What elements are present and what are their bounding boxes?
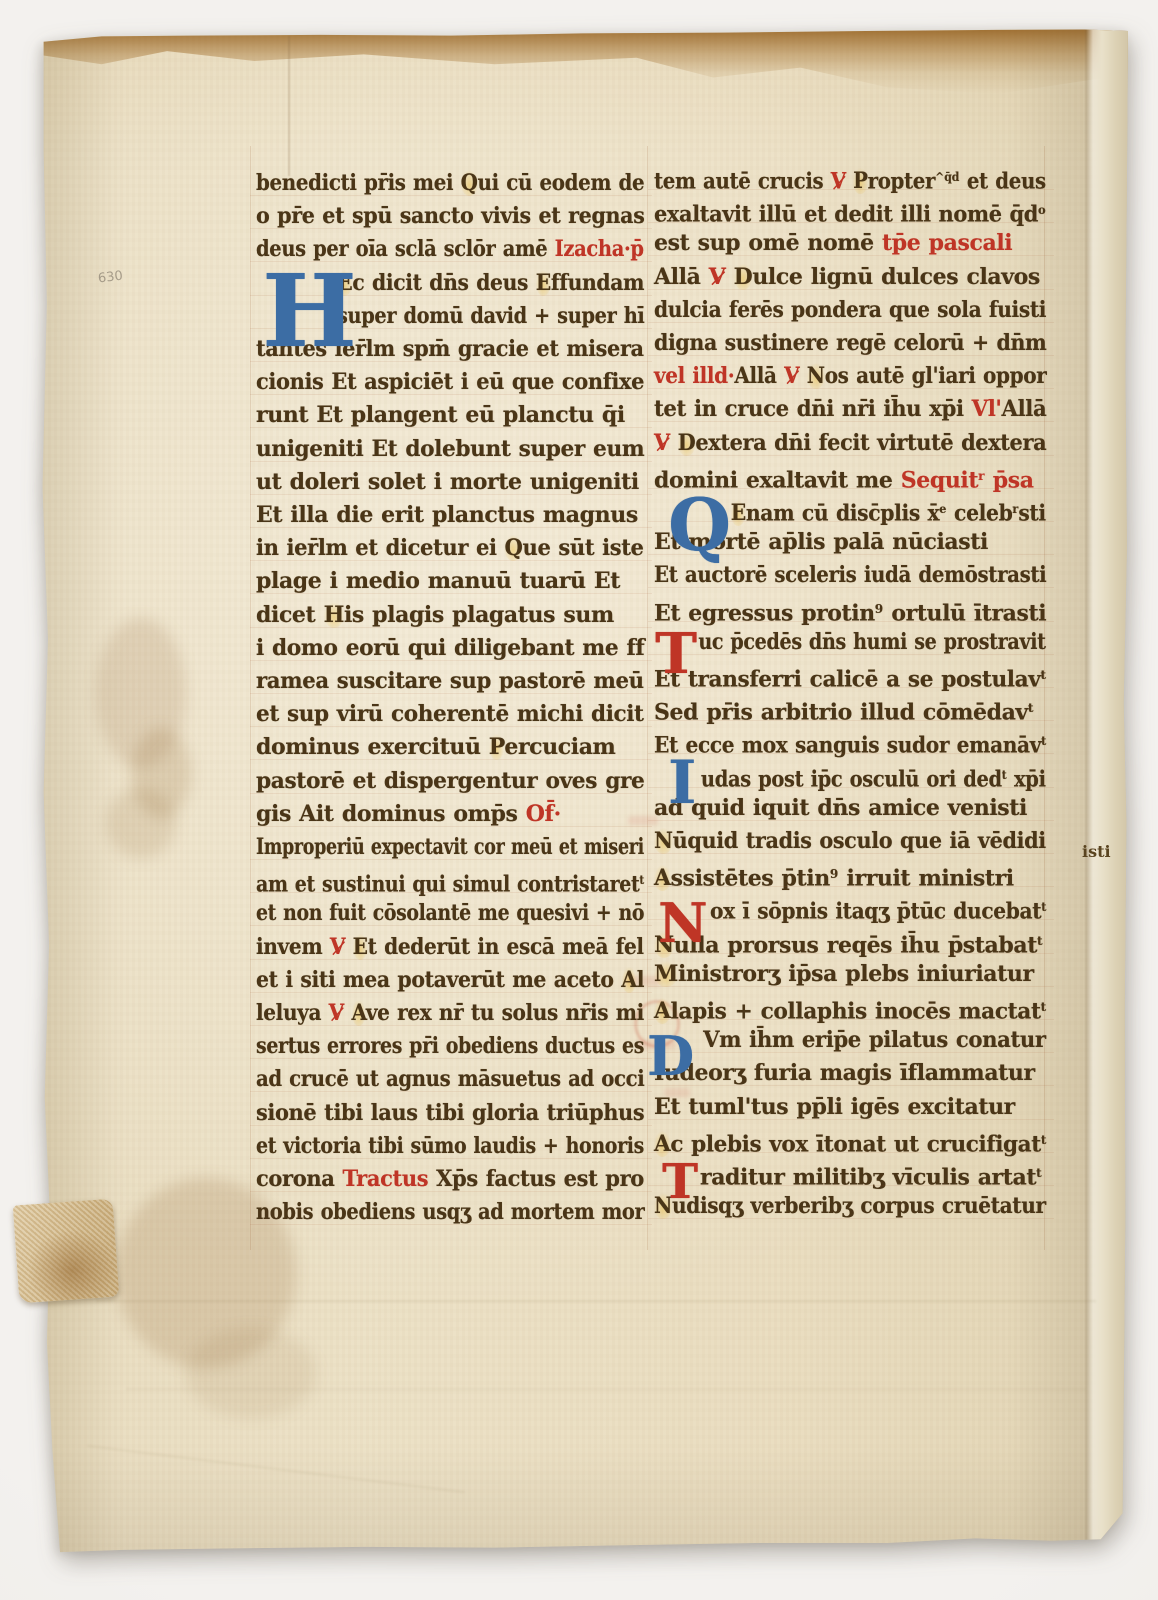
ruling-line (250, 726, 652, 727)
text-line: ad quid iquit dn̄s amice venisti (654, 793, 1027, 823)
body-text: i domo eorū qui diligebant me ff (256, 635, 644, 661)
fore-edge-fold (1084, 28, 1128, 1556)
body-text: os autē gl'iari oppor (825, 363, 1047, 389)
body-text: et deus (959, 168, 1045, 194)
text-line: ad crucē ut agnus māsuetus ad occi (256, 1064, 644, 1094)
text-line: sionē tibi laus tibi gloria triūphus (256, 1098, 644, 1128)
ruling-line (250, 593, 652, 594)
stain (106, 788, 176, 858)
ruling-line (250, 859, 652, 860)
text-line: Sed pr̄is arbitrio illud cōmēdavt (654, 693, 1033, 727)
ruling-line (250, 1091, 652, 1092)
text-line: udas post ip̄c osculū ori dedt xp̄i (654, 760, 1046, 794)
ruling-line (250, 892, 652, 893)
body-text: runt Et plangent eū planctu q̄i (256, 402, 625, 428)
text-line: dominus exercituū Percuciam (256, 732, 615, 762)
body-text: ui cū eodem de (478, 170, 645, 196)
illuminated-initial-D: D (647, 1035, 694, 1077)
rubric-text: V̷ (330, 934, 353, 960)
body-text: dulcia ferēs pondera que sola fuisti (654, 297, 1046, 323)
text-line: runt Et plangent eū planctu q̄i (256, 400, 625, 430)
body-text: c plebis vox ītonat ut crucifigat (670, 1131, 1040, 1157)
body-text: am et sustinui qui simul contristaret (256, 871, 639, 897)
body-text: benedicti pr̄is mei (256, 170, 461, 196)
body-text: c dicit dn̄s deus (352, 270, 535, 296)
text-line: Et ecce mox sanguis sudor emanāvt (654, 726, 1046, 760)
text-line: Nulla prorsus reqēs ih̄u p̄stabatt (654, 926, 1043, 960)
text-line: vel illd·Allā V̷ Nos autē gl'iari oppor (654, 361, 1046, 391)
text-line: dulcia ferēs pondera que sola fuisti (654, 295, 1046, 325)
pencil-mark: 630 (97, 269, 123, 287)
text-line: invem V̷ Et dederūt in escā meā fel (256, 932, 644, 962)
body-text: D (734, 264, 753, 290)
ruling-line (250, 1158, 652, 1159)
text-line: leluya V̷ Ave rex nr̄ tu solus nr̄is mi (256, 998, 644, 1028)
body-text: et non fuit cōsolantē me quesivi + nō (256, 900, 644, 926)
illuminated-initial-H: H (262, 272, 356, 350)
ruling-line (648, 255, 1054, 256)
body-text: unigeniti Et dolebunt super eum (256, 436, 644, 462)
body-text: ad quid iquit dn̄s amice venisti (654, 795, 1027, 821)
body-text: ercuciam (504, 734, 615, 760)
body-text: t (1041, 734, 1046, 748)
body-text: o pr̄e et spū sancto vivis et regnas (256, 203, 644, 229)
illuminated-initial-Q: Q (668, 497, 731, 553)
body-text: t (1041, 1133, 1046, 1147)
body-text: Q (505, 535, 523, 561)
ruling-line (648, 1119, 1054, 1120)
text-line: am et sustinui qui simul contristarett (256, 865, 644, 899)
rubric-text: V̷ (709, 264, 734, 290)
body-text: nam cū disc̄plis x̄ (746, 500, 939, 526)
rubric-text: Izacha·p̄ (555, 236, 644, 262)
text-line: benedicti pr̄is mei Qui cū eodem de (256, 168, 644, 198)
ruling-line (250, 793, 652, 794)
body-text: ramea suscitare sup pastorē meū (256, 668, 644, 694)
body-text: Xp̄s factus est pro (428, 1166, 644, 1192)
body-text: lapis + collaphis inocēs mactat (670, 998, 1040, 1024)
rubric-text: Sequit (901, 467, 978, 493)
ruling-line (648, 1152, 1054, 1153)
ruling-line (648, 421, 1054, 422)
ruling-line (648, 621, 1054, 622)
text-line: exaltavit illū et dedit illi nomē q̄do (654, 195, 1046, 229)
body-text: t (639, 873, 644, 887)
text-line: est sup omē nomē tp̄e pascali (654, 228, 1012, 258)
body-text: o (1038, 203, 1046, 217)
body-text: D (678, 430, 696, 456)
ruling-line (250, 826, 652, 827)
ruling-line (648, 720, 1054, 721)
text-line: Nudisqʒ verberibʒ corpus cruētatur (654, 1191, 1046, 1221)
body-text: ffundam (551, 270, 644, 296)
body-text: ssistētes p̄tin (671, 865, 830, 891)
text-line: Nūquid tradis osculo que iā vēdidi (654, 826, 1046, 856)
rubric-text: Tractus (342, 1166, 428, 1192)
ruling-line (648, 919, 1054, 920)
rubric-text: Of̄· (526, 801, 561, 827)
ruling-line (648, 986, 1054, 987)
ruling-line (250, 228, 652, 229)
text-line: Ministrorʒ ip̄sa plebs iniuriatur (654, 959, 1034, 989)
ruling-line (250, 992, 652, 993)
rubric-text: Vl' (972, 396, 1002, 422)
ruling-line (250, 560, 652, 561)
text-line: Allā V̷ Dulce lignū dulces clavos (654, 262, 1040, 292)
body-text: ropter (868, 168, 935, 194)
body-text: invem (256, 934, 330, 960)
ruling-line (250, 1191, 652, 1192)
ruling-line (648, 587, 1054, 588)
body-text: is plagis plagatus sum (344, 602, 614, 628)
body-text: corona (256, 1166, 342, 1192)
text-line: unigeniti Et dolebunt super eum (256, 434, 644, 464)
text-line: digna sustinere regē celorū + dn̄m (654, 328, 1046, 358)
body-text: plage i medio manuū tuarū Et (256, 568, 620, 594)
body-text: ve rex nr̄ tu solus nr̄is mi (366, 1000, 644, 1026)
body-text: ut doleri solet i morte unigeniti (256, 469, 639, 495)
stain (186, 1328, 316, 1418)
ruling-line (250, 195, 652, 196)
body-text: exaltavit illū et dedit illi nomē q̄d (654, 201, 1038, 227)
ruling-line (648, 953, 1054, 954)
ruling-line (648, 388, 1054, 389)
crease (87, 1445, 464, 1493)
body-text: udisqʒ verberibʒ corpus cruētatur (672, 1193, 1046, 1219)
ruling-line (648, 1052, 1054, 1053)
body-text: super domū david + super hī (337, 303, 644, 329)
ruling-line (648, 753, 1054, 754)
text-line: plage i medio manuū tuarū Et (256, 566, 620, 596)
body-text: H (324, 602, 344, 628)
text-line: gis Ait dominus omp̄s Of̄· (256, 799, 561, 829)
rubric-text: tp̄e pascali (882, 230, 1012, 256)
body-text: et victoria tibi sūmo laudis + honoris (256, 1133, 644, 1159)
ruling-line (648, 853, 1054, 854)
text-line: tet in cruce dn̄i nr̄i ih̄u xp̄i Vl'Allā (654, 394, 1046, 424)
body-text: extera dn̄i fecit virtutē dextera (695, 430, 1046, 456)
ruling-line (648, 322, 1054, 323)
body-text: N (807, 363, 825, 389)
ruling-line (648, 687, 1054, 688)
body-text: est sup omē nomē (654, 230, 882, 256)
text-line: uc p̄cedēs dn̄s humi se prostravit (654, 627, 1046, 657)
ruling-line (648, 886, 1054, 887)
ruling-line (250, 959, 652, 960)
text-line: Et illa die erit planctus magnus (256, 500, 638, 530)
text-line: Ac plebis vox ītonat ut crucifigatt (654, 1125, 1046, 1159)
ruling-line (648, 1218, 1054, 1219)
body-text: Et illa die erit planctus magnus (256, 502, 638, 528)
rubric-text: V̷ (784, 363, 807, 389)
body-text: t (1041, 900, 1046, 914)
ruling-line (648, 820, 1054, 821)
text-line: o pr̄e et spū sancto vivis et regnas (256, 201, 644, 231)
text-line: Vm ih̄m erip̄e pilatus conatur (654, 1025, 1046, 1055)
body-text: xp̄i (1007, 766, 1046, 792)
body-text: et i siti mea potaverūt me aceto (256, 967, 621, 993)
rubric-text: V̷ (831, 168, 853, 194)
body-text: et sup virū coherentē michi dicit (256, 701, 644, 727)
text-line: Iudeorʒ furia magis īflammatur (654, 1058, 1035, 1088)
body-text: t (1036, 1166, 1042, 1180)
text-line: et victoria tibi sūmo laudis + honoris (256, 1131, 644, 1161)
body-text: in ier̄lm et dicetur ei (256, 535, 505, 561)
text-line: i domo eorū qui diligebant me ff (256, 633, 644, 663)
ruling-line (250, 759, 652, 760)
body-text: Et tuml'tus pp̄li igēs excitatur (654, 1094, 1015, 1120)
ruling-line (250, 146, 251, 1250)
text-line: sertus errores pr̄i obediens ductus es (256, 1031, 644, 1061)
body-text: Q (461, 170, 478, 196)
crease (288, 36, 290, 176)
ruling-line (250, 427, 652, 428)
body-text: sertus errores pr̄i obediens ductus es (256, 1033, 644, 1059)
body-text: E (536, 270, 551, 296)
ruling-line (250, 925, 652, 926)
body-text: ue sūt iste (523, 535, 644, 561)
text-line: et non fuit cōsolantē me quesivi + nō (256, 898, 644, 928)
body-text: nobis obediens usqʒ ad mortem mor (256, 1199, 644, 1225)
body-text: 9 (875, 602, 883, 616)
body-text: Allā (654, 264, 709, 290)
body-text: A (351, 1000, 365, 1026)
ruling-line (250, 394, 652, 395)
ruling-line (250, 1058, 652, 1059)
body-text: E (731, 500, 746, 526)
text-line: Et transferri calicē a se postulavt (654, 660, 1046, 694)
body-text: P (489, 734, 505, 760)
body-text: irruit ministri (838, 865, 1013, 891)
body-text: gis Ait dominus omp̄s (256, 801, 526, 827)
body-text: raditur militibʒ vīculis artat (700, 1164, 1036, 1190)
body-text: M (654, 961, 678, 987)
body-text: ox ī sōpnis itaqʒ p̄tūc ducebat (710, 899, 1041, 925)
text-line: dicet His plagis plagatus sum (256, 600, 614, 630)
body-text: E (353, 934, 368, 960)
ruling-line (648, 189, 1054, 190)
body-text: t (1028, 701, 1034, 715)
body-text: pastorē et dispergentur oves gre (256, 768, 644, 794)
text-line: Et egressus protin9 ortulū ītrasti (654, 594, 1046, 628)
ruling-line (648, 355, 1054, 356)
ruling-line (648, 1019, 1054, 1020)
ruling-line (648, 289, 1054, 290)
ruling-line (250, 461, 652, 462)
ruling-line (250, 1224, 652, 1225)
body-text: N (654, 828, 673, 854)
body-text: t (1037, 934, 1043, 948)
text-line: Improperiū expectavit cor meū et miseri (256, 832, 644, 862)
body-text: A (654, 865, 671, 891)
illuminated-initial-N: N (658, 902, 707, 944)
body-text: ulla prorsus reqēs ih̄u p̄stabat (674, 932, 1037, 958)
body-text: celeb (946, 500, 1012, 526)
body-text: ūquid tradis osculo que iā vēdidi (673, 828, 1046, 854)
text-line: ox ī sōpnis itaqʒ p̄tūc ducebatt (654, 892, 1046, 926)
illuminated-initial-T: T (662, 1164, 698, 1201)
ruling-line (250, 494, 652, 495)
body-text: Sed pr̄is arbitrio illud cōmēdav (654, 699, 1028, 725)
vellum-index-tab (13, 1199, 120, 1304)
text-line: pastorē et dispergentur oves gre (256, 766, 644, 796)
ruling-line (250, 1125, 652, 1126)
body-text: sionē tibi laus tibi gloria triūphus (256, 1100, 644, 1126)
body-text: Iudeorʒ furia magis īflammatur (654, 1060, 1035, 1086)
rubric-text: p̄sa (985, 467, 1034, 493)
body-text: leluya (256, 1000, 329, 1026)
body-text: ortulū ītrasti (883, 600, 1046, 626)
ruling-line (648, 222, 1054, 223)
body-text: dominus exercituū (256, 734, 489, 760)
ruling-line (648, 787, 1054, 788)
text-line: cionis Et aspiciēt i eū que confixe (256, 367, 644, 397)
body-text: Allā (734, 363, 784, 389)
text-line: in ier̄lm et dicetur ei Que sūt iste (256, 533, 644, 563)
text-line: raditur militibʒ vīculis artatt (654, 1158, 1042, 1192)
text-line: nobis obediens usqʒ ad mortem mor (256, 1197, 644, 1227)
body-text: l (637, 967, 644, 993)
ruling-line (648, 455, 1054, 456)
ruling-line (648, 1085, 1054, 1086)
rubric-text: V̷ (329, 1000, 352, 1026)
rubric-text: vel illd· (654, 363, 734, 389)
ruling-line (648, 1185, 1054, 1186)
body-text: tem autē crucis (654, 168, 831, 194)
body-text: A (621, 967, 636, 993)
body-text: tet in cruce dn̄i nr̄i ih̄u xp̄i (654, 396, 972, 422)
text-line: ramea suscitare sup pastorē meū (256, 666, 644, 696)
rubric-text: V̷ (654, 430, 678, 456)
ruling-line (250, 527, 652, 528)
body-text: Improperiū expectavit cor meū et miseri (256, 834, 644, 860)
illuminated-initial-T: T (655, 633, 697, 677)
body-text: t (1041, 1000, 1047, 1014)
body-text: ad crucē ut agnus māsuetus ad occi (256, 1066, 644, 1092)
text-line: V̷ Dextera dn̄i fecit virtutē dextera (654, 428, 1046, 458)
body-text: Et transferri calicē a se postulav (654, 666, 1040, 692)
body-text: A (654, 998, 670, 1024)
margin-note: isti (1082, 842, 1111, 861)
text-line: Alapis + collaphis inocēs mactatt (654, 992, 1046, 1026)
text-line: corona Tractus Xp̄s factus est pro (256, 1164, 644, 1194)
body-text: udas post ip̄c osculū ori ded (701, 766, 1002, 792)
top-edge-stain (36, 28, 1128, 94)
body-text: Vm ih̄m erip̄e pilatus conatur (703, 1027, 1046, 1053)
photo-backdrop: benedicti pr̄is mei Qui cū eodem deo pr̄… (0, 0, 1158, 1600)
body-text: sti (1018, 500, 1045, 526)
body-text: cionis Et aspiciēt i eū que confixe (256, 369, 644, 395)
text-line: et i siti mea potaverūt me aceto Al (256, 965, 644, 995)
body-text: Allā (1002, 396, 1047, 422)
text-line: Assistētes p̄tin9 irruit ministri (654, 859, 1014, 893)
body-text: t (1040, 668, 1046, 682)
text-line: Et tuml'tus pp̄li igēs excitatur (654, 1092, 1015, 1122)
ruling-line (250, 627, 652, 628)
ruling-line (250, 660, 652, 661)
body-text: t dederūt in escā meā fel (368, 934, 644, 960)
body-text: ^q̄d (935, 170, 959, 184)
body-text: uc p̄cedēs dn̄s humi se prostravit (698, 629, 1045, 655)
body-text: dicet (256, 602, 324, 628)
body-text: digna sustinere regē celorū + dn̄m (654, 330, 1046, 356)
body-text: ulce lignū dulces clavos (752, 264, 1040, 290)
body-text: inistrorʒ ip̄sa plebs iniuriatur (678, 961, 1034, 987)
ruling-line (648, 654, 1054, 655)
ruling-line (250, 1025, 652, 1026)
text-line: tem autē crucis V̷ Propter^q̄d et deus (654, 162, 1046, 196)
ruling-line (250, 693, 652, 694)
text-line: ut doleri solet i morte unigeniti (256, 467, 639, 497)
body-text: P (853, 168, 868, 194)
text-line: et sup virū coherentē michi dicit (256, 699, 644, 729)
body-text: Et ecce mox sanguis sudor emanāv (654, 733, 1041, 759)
illuminated-initial-I: I (668, 760, 696, 807)
